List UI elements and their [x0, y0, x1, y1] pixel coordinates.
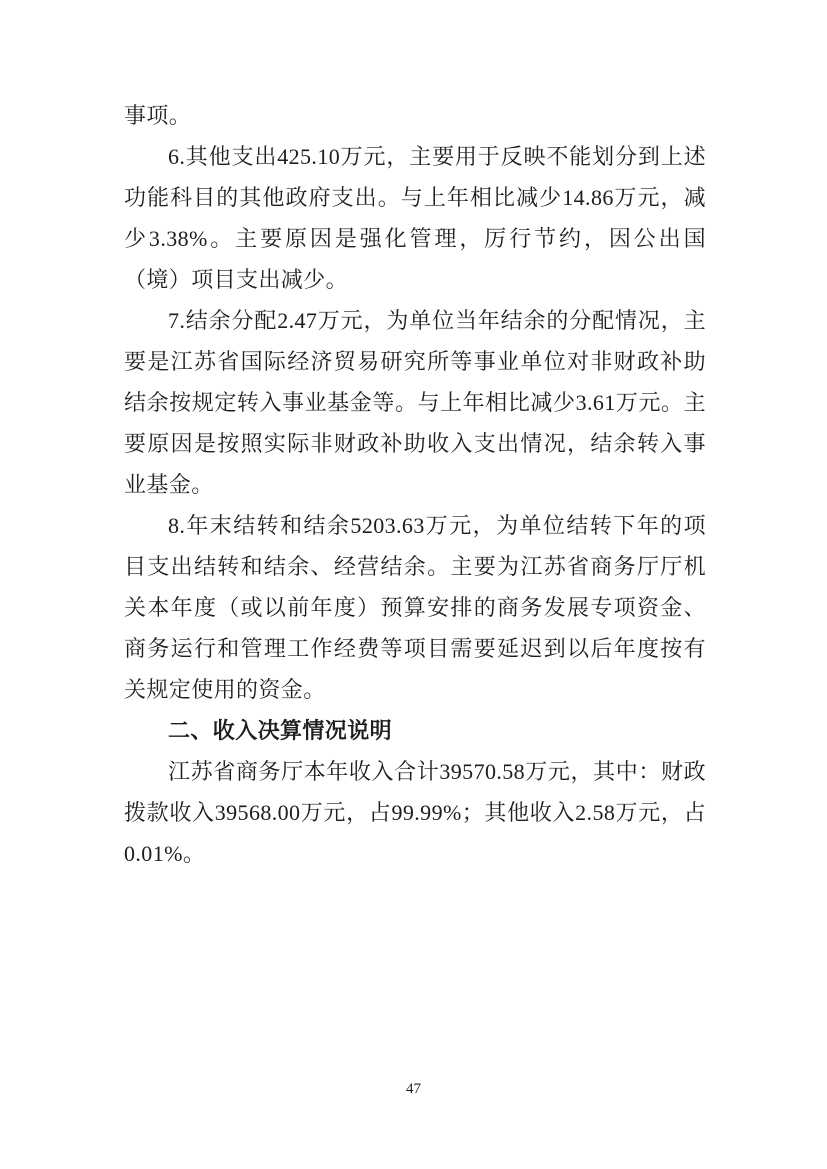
paragraph-continuation: 事项。 [124, 95, 706, 136]
paragraph-expenditure-note-8: 8.年末结转和结余5203.63万元，为单位结转下年的项目支出结转和结余、经营结… [124, 505, 706, 710]
paragraph-expenditure-note-6: 6.其他支出425.10万元，主要用于反映不能划分到上述功能科目的其他政府支出。… [124, 136, 706, 300]
document-body: 事项。 6.其他支出425.10万元，主要用于反映不能划分到上述功能科目的其他政… [124, 95, 706, 874]
document-page: 事项。 6.其他支出425.10万元，主要用于反映不能划分到上述功能科目的其他政… [0, 0, 827, 1169]
page-footer: 47 [0, 1080, 827, 1098]
paragraph-expenditure-note-7: 7.结余分配2.47万元，为单位当年结余的分配情况，主要是江苏省国际经济贸易研究… [124, 300, 706, 505]
page-number: 47 [406, 1081, 421, 1097]
paragraph-income-summary: 江苏省商务厅本年收入合计39570.58万元，其中：财政拨款收入39568.00… [124, 751, 706, 874]
section-heading-income: 二、收入决算情况说明 [124, 710, 706, 751]
